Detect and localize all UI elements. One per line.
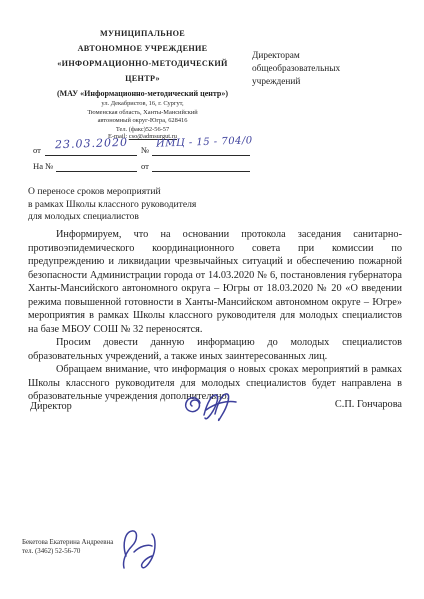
ref-row-outgoing: от 23.03.2020 № ИМЦ - 15 - 704/0 [33, 143, 253, 159]
reply-number-underline [56, 159, 137, 172]
recipient-line: Директорам [252, 50, 392, 63]
signer-position: Директор [30, 401, 72, 412]
org-abbreviation: (МАУ «Информационно-методический центр») [30, 88, 255, 99]
from-label: от [33, 145, 41, 155]
number-label: № [141, 145, 149, 155]
subject-block: О переносе сроков мероприятий в рамках Ш… [28, 186, 288, 224]
reply-date-underline [152, 159, 250, 172]
org-address-line: ул. Декабристов, 16, г. Сургут, [30, 100, 255, 108]
director-signature-icon [180, 389, 244, 432]
subject-line: в рамках Школы классного руководителя [28, 199, 288, 212]
subject-line: О переносе сроков мероприятий [28, 186, 288, 199]
scanned-letter-page: МУНИЦИПАЛЬНОЕ АВТОНОМНОЕ УЧРЕЖДЕНИЕ «ИНФ… [0, 0, 424, 599]
letter-body: Информируем, что на основании протокола … [28, 228, 402, 404]
org-phone-line: Тел. (факс)52-56-57 [30, 126, 255, 134]
executor-block: Бекетова Екатерина Андреевна тел. (3462)… [22, 538, 113, 556]
org-address-line: автономный округ-Югра, 628416 [30, 117, 255, 125]
org-name-line: МУНИЦИПАЛЬНОЕ [30, 26, 255, 41]
handwritten-number: ИМЦ - 15 - 704/0 [156, 135, 253, 149]
executor-initials-icon [112, 522, 170, 583]
signer-name: С.П. Гончарова [335, 399, 402, 410]
org-name-line: «ИНФОРМАЦИОННО-МЕТОДИЧЕСКИЙ [30, 56, 255, 71]
recipient-line: общеобразовательных [252, 63, 392, 76]
reference-block: от 23.03.2020 № ИМЦ - 15 - 704/0 На № от [33, 143, 253, 175]
body-paragraph: Информируем, что на основании протокола … [28, 228, 402, 336]
handwritten-date: 23.03.2020 [55, 136, 128, 152]
executor-name: Бекетова Екатерина Андреевна [22, 538, 113, 547]
org-name-line: ЦЕНТР» [30, 71, 255, 86]
executor-phone: тел. (3462) 52-56-70 [22, 547, 113, 556]
ref-row-incoming: На № от [33, 159, 253, 175]
body-paragraph: Просим довести данную информацию до моло… [28, 336, 402, 363]
org-letterhead: МУНИЦИПАЛЬНОЕ АВТОНОМНОЕ УЧРЕЖДЕНИЕ «ИНФ… [30, 26, 255, 141]
subject-line: для молодых специалистов [28, 211, 288, 224]
org-address-line: Тюменская область, Ханты-Мансийский [30, 109, 255, 117]
org-name-line: АВТОНОМНОЕ УЧРЕЖДЕНИЕ [30, 41, 255, 56]
number-underline: ИМЦ - 15 - 704/0 [152, 143, 250, 156]
recipient-block: Директорам общеобразовательных учреждени… [252, 50, 392, 89]
date-underline: 23.03.2020 [45, 143, 137, 156]
reply-from-label: от [141, 161, 149, 171]
recipient-line: учреждений [252, 76, 392, 89]
reply-label: На № [33, 161, 53, 171]
